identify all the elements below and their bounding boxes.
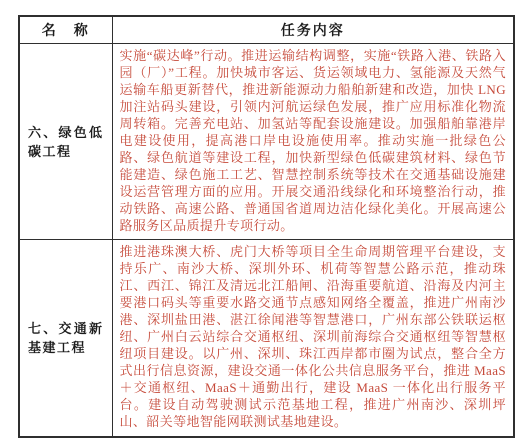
table-row: 六、绿色低碳工程 实施“碳达峰”行动。推进运输结构调整，实施“铁路入港、铁路入园… [19, 44, 514, 240]
header-row: 名 称 任务内容 [19, 16, 514, 44]
document-page: 名 称 任务内容 六、绿色低碳工程 实施“碳达峰”行动。推进运输结构调整，实施“… [0, 0, 531, 443]
project-name-green-lowcarbon: 六、绿色低碳工程 [19, 44, 112, 240]
task-table: 名 称 任务内容 六、绿色低碳工程 实施“碳达峰”行动。推进运输结构调整，实施“… [18, 15, 515, 438]
table-body: 六、绿色低碳工程 实施“碳达峰”行动。推进运输结构调整，实施“铁路入港、铁路入园… [19, 44, 514, 438]
header-content-column: 任务内容 [112, 16, 514, 44]
table-row: 七、交通新基建工程 推进港珠澳大桥、虎门大桥等项目全生命周期管理平台建设，支持乐… [19, 240, 514, 438]
task-content-green-lowcarbon: 实施“碳达峰”行动。推进运输结构调整，实施“铁路入港、铁路入园（厂）”工程。加快… [112, 44, 514, 240]
table-header: 名 称 任务内容 [19, 16, 514, 44]
project-name-new-infrastructure: 七、交通新基建工程 [19, 240, 112, 438]
header-name-column: 名 称 [19, 16, 112, 44]
task-content-new-infrastructure: 推进港珠澳大桥、虎门大桥等项目全生命周期管理平台建设，支持乐广、南沙大桥、深圳外… [112, 240, 514, 438]
